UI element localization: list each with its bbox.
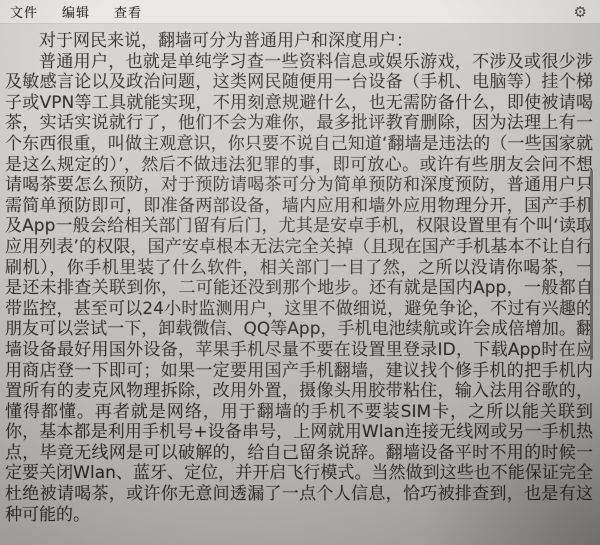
text-line: 请喝茶要怎么预防，对于预防请喝茶可分为简单预防和深度预防，普通用户只 <box>5 175 593 196</box>
text-line: 刷机），你手机里装了什么软件，相关部门一目了然，之所以没请你喝茶，一 <box>5 258 593 279</box>
text-line: 对于网民来说，翻墙可分为普通用户和深度用户： <box>5 31 593 52</box>
text-line: 及敏感言论以及政治问题，这类网民随便用一台设备（手机、电脑等）挂个梯 <box>5 72 593 93</box>
text-line: 定要关闭Wlan、蓝牙、定位，并开启飞行模式。当然做到这些也不能保证完全 <box>5 463 593 484</box>
text-line: 子或VPN等工具就能实现，不用刻意规避什么，也无需防备什么，即使被请喝 <box>5 93 593 114</box>
scrollbar-thumb[interactable] <box>590 170 593 360</box>
text-line: 懂得都懂。再者就是网络，用于翻墙的手机不要装SIM卡，之所以能关联到 <box>5 402 593 423</box>
text-line: 普通用户，也就是单纯学习查一些资料信息或娱乐游戏，不涉及或很少涉 <box>5 52 593 73</box>
text-line: 用商店登一下即可；如果一定要用国产手机翻墙，建议找个修手机的把手机内 <box>5 361 593 382</box>
text-line: 置所有的麦克风物理拆除，改用外置，摄像头用胶带粘住，输入法用谷歌的， <box>5 381 593 402</box>
menu-view[interactable]: 查看 <box>114 2 142 21</box>
text-line: 墙设备最好用国外设备，苹果手机尽量不要在设置里登录ID，下载App时在应 <box>5 340 593 361</box>
text-line: 是这么规定的）’，然后不做违法犯罪的事，即可放心。或许有些朋友会问不想 <box>5 155 593 176</box>
menu-bar: 文件 编辑 查看 ⚙ <box>0 0 600 24</box>
text-line: 茶，实话实说就行了，他们不会为难你，最多批评教育删除，因为法理上有一 <box>5 113 593 134</box>
menu-edit[interactable]: 编辑 <box>62 2 90 21</box>
text-line: 应用列表’的权限，国产安卓根本无法完全关掉（且现在国产手机基本不让自行 <box>5 237 593 258</box>
text-line: 你，基本都是利用手机号+设备串号，上网就用Wlan连接无线网或另一手机热 <box>5 422 593 443</box>
menu-file[interactable]: 文件 <box>10 2 38 21</box>
app-window: 文件 编辑 查看 ⚙ 对于网民来说，翻墙可分为普通用户和深度用户：普通用户，也就… <box>0 0 600 545</box>
text-line: 是还未排查关联到你，二可能还没到那个地步。还有就是国内App，一般都自 <box>5 278 593 299</box>
gear-icon[interactable]: ⚙ <box>574 2 587 22</box>
document-text: 对于网民来说，翻墙可分为普通用户和深度用户：普通用户，也就是单纯学习查一些资料信… <box>0 24 600 525</box>
text-line: 个东西很重，叫做主观意识，你只要不说自己知道‘翻墙是违法的（一些国家就 <box>5 134 593 155</box>
text-line: 种可能的。 <box>5 505 593 526</box>
text-line: 点，毕竟无线网是可以破解的，给自己留条说辞。翻墙设备平时不用的时候一 <box>5 443 593 464</box>
text-line: 及App一般会给相关部门留有后门，尤其是安卓手机，权限设置里有个叫‘读取 <box>5 216 593 237</box>
text-line: 杜绝被请喝茶，或许你无意间透漏了一点个人信息，恰巧被排查到，也是有这 <box>5 484 593 505</box>
text-line: 朋友可以尝试一下，卸载微信、QQ等App，手机电池续航或许会成倍增加。翻 <box>5 319 593 340</box>
text-line: 带监控，甚至可以24小时监测用户，这里不做细说，避免争论，不过有兴趣的 <box>5 299 593 320</box>
text-line: 需简单预防即可，即准备两部设备，墙内应用和墙外应用物理分开，国产手机 <box>5 196 593 217</box>
